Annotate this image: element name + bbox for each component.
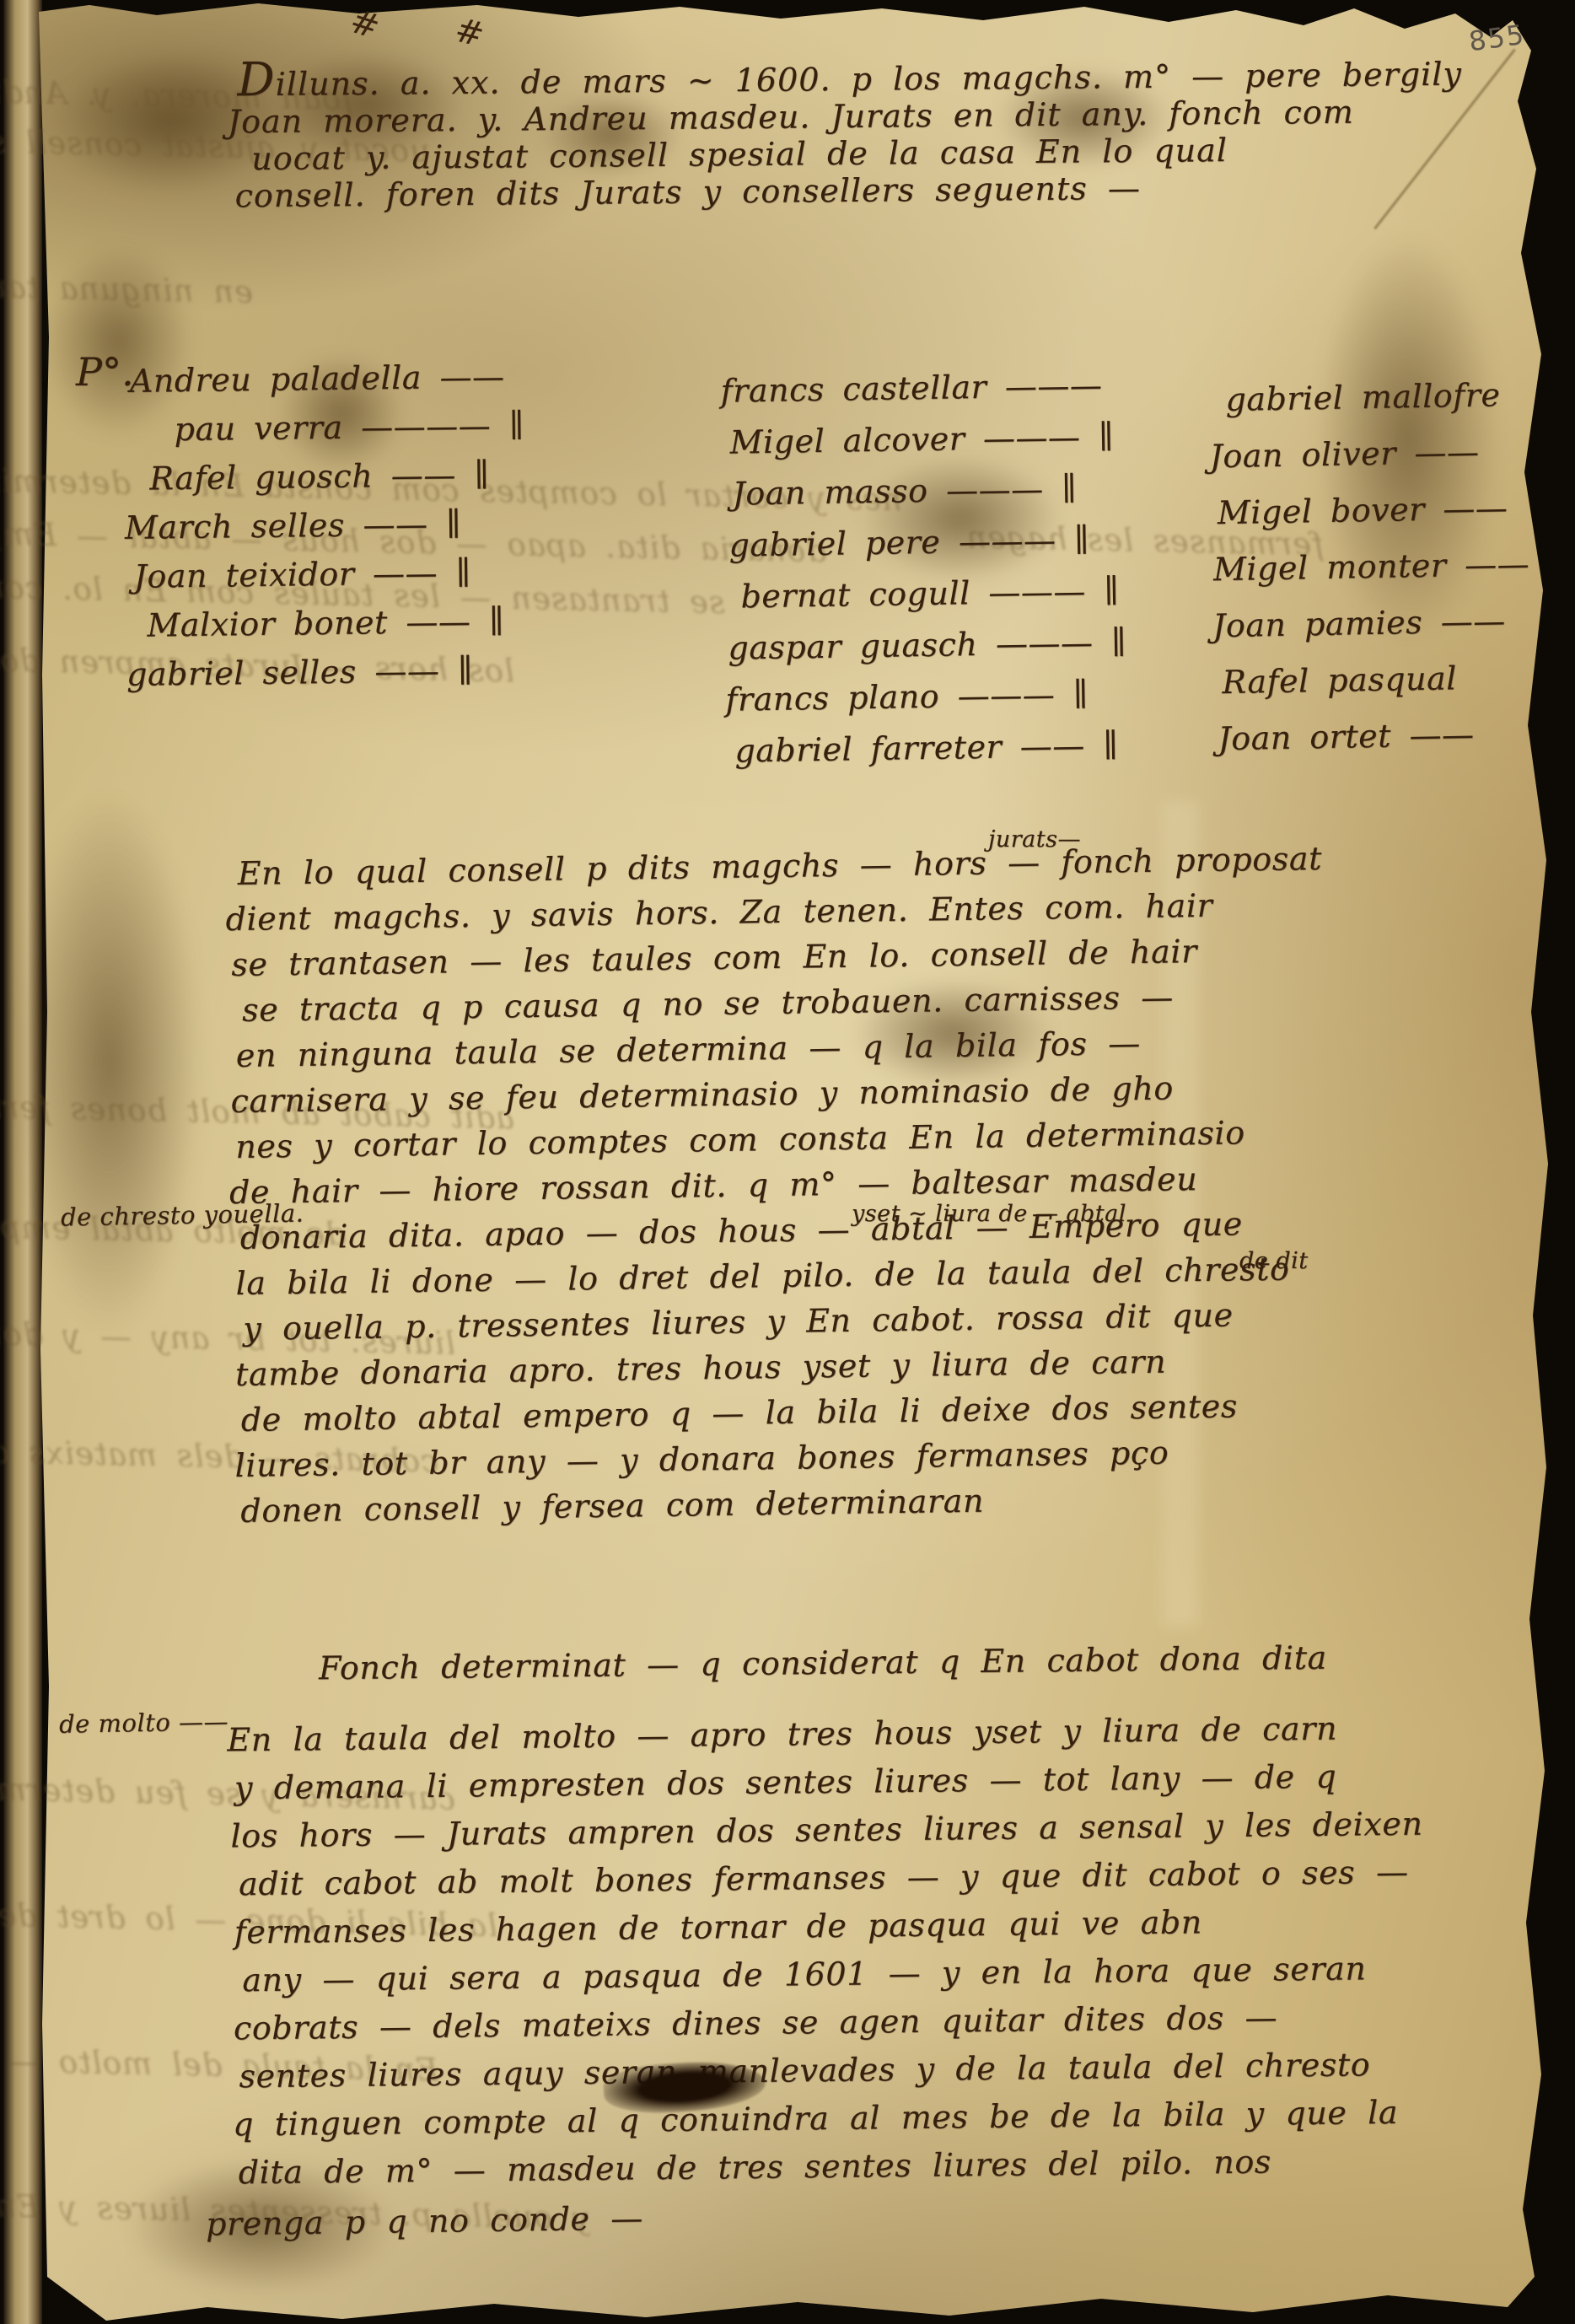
- attendee-name: Joan ortet ——: [1214, 706, 1533, 768]
- attendee-name: Migel alcover ——— ∥: [721, 411, 1124, 468]
- attendee-name: Joan masso ——— ∥: [722, 462, 1125, 519]
- attendee-name: Joan pamies ——: [1212, 593, 1531, 655]
- attendee-name: Rafel pasqual: [1213, 649, 1532, 712]
- attendee-name: gabriel selles —— ∥: [126, 645, 528, 699]
- attendee-name: Rafel guosch —— ∥: [124, 449, 525, 503]
- manuscript-line: prenga p q no conde —: [206, 2199, 643, 2242]
- heading: Dilluns. a. xx. de mars ~ 1600. p los ma…: [227, 51, 1463, 215]
- attendee-name: francs castellar ———: [720, 359, 1123, 417]
- margin-note-chresto: de chresto youella.: [61, 1198, 304, 1231]
- manuscript-page: Joan morera. y. Andreu masdeu. Jurats en…: [0, 0, 1575, 2324]
- attendee-name: Andreu paladella ——: [123, 352, 524, 406]
- bleedthrough-text: en ninguna taula se determina — q la bil…: [0, 269, 253, 316]
- attendee-name: bernat cogull ——— ∥: [723, 565, 1126, 622]
- attendee-name: Joan teixidor —— ∥: [125, 547, 526, 601]
- attendee-name: gabriel mallofre: [1208, 367, 1527, 429]
- interlinear-note: yset ~ liura de — abtal: [852, 1201, 1126, 1227]
- attendee-name: gabriel pere ——— ∥: [723, 514, 1126, 571]
- attendee-column-3: gabriel mallofre Joan oliver —— Migel bo…: [1208, 367, 1533, 768]
- attendee-column-1: Andreu paladella —— pau verra ———— ∥ Raf…: [123, 352, 528, 699]
- council-minute-paragraph: En lo qual consell p dits magchs — hors …: [224, 836, 1330, 1534]
- attendee-name: March selles —— ∥: [125, 498, 526, 552]
- attendee-name: gabriel farreter —— ∥: [726, 719, 1129, 777]
- attendee-name: francs plano ——— ∥: [725, 668, 1128, 725]
- margin-note-molto: de molto ——: [59, 1707, 229, 1739]
- attendee-name: Malxior bonet —— ∥: [126, 596, 527, 650]
- attendee-name: Migel bover ——: [1210, 480, 1529, 542]
- attendee-name: gaspar guasch ——— ∥: [724, 616, 1127, 674]
- attendee-column-2: francs castellar ——— Migel alcover ——— ∥…: [720, 359, 1128, 777]
- attendee-name: Joan oliver ——: [1209, 423, 1528, 486]
- resolution-paragraph: En la taula del molto — apro tres hous y…: [227, 1704, 1427, 2198]
- interlinear-note: de dit: [1239, 1248, 1309, 1274]
- attendee-name: pau verra ———— ∥: [123, 401, 524, 455]
- attendee-name: Migel monter ——: [1211, 536, 1529, 599]
